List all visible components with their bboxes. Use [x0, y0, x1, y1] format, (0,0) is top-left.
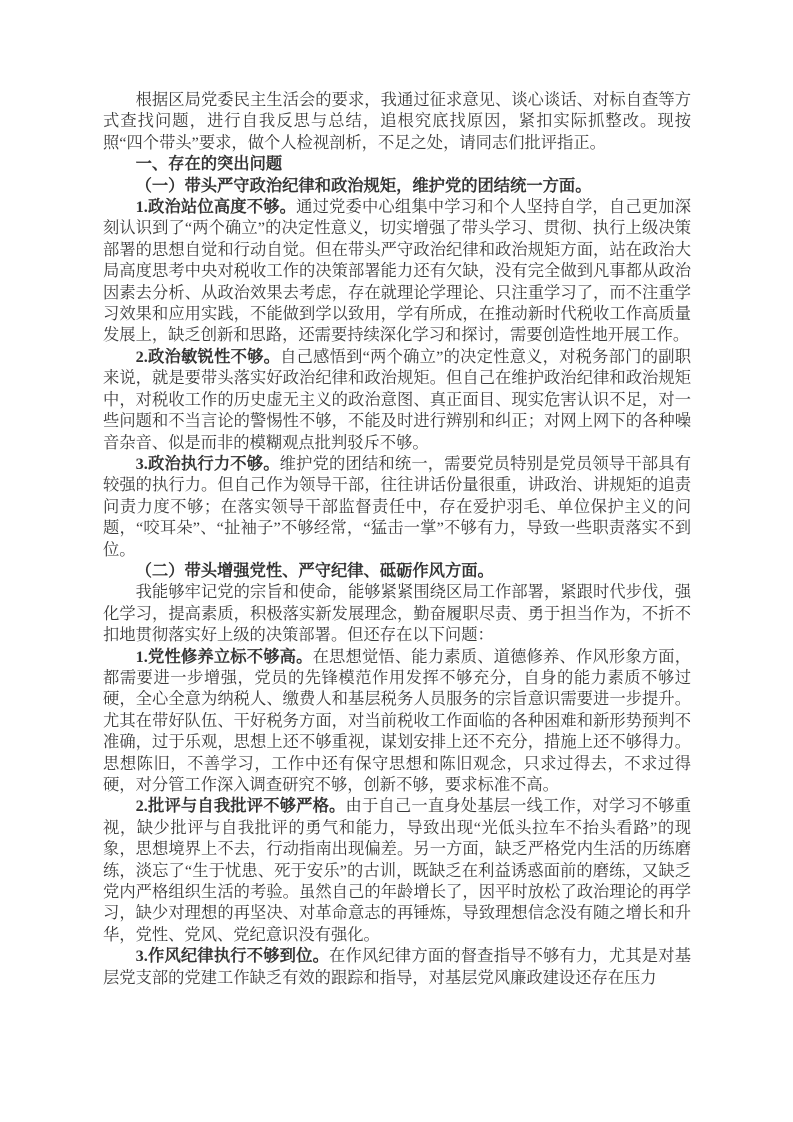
body-paragraph: 1.党性修养立标不够高。在思想觉悟、能力素质、道德修养、作风形象方面，都需要进一…	[103, 646, 691, 796]
body-paragraph: 根据区局党委民主生活会的要求，我通过征求意见、谈心谈话、对标自查等方式查找问题，…	[103, 89, 691, 153]
document-page: 根据区局党委民主生活会的要求，我通过征求意见、谈心谈话、对标自查等方式查找问题，…	[0, 0, 793, 1122]
section-heading: （一）带头严守政治纪律和政治规矩，维护党的团结统一方面。	[103, 175, 691, 196]
document-body: 根据区局党委民主生活会的要求，我通过征求意见、谈心谈话、对标自查等方式查找问题，…	[103, 89, 691, 988]
paragraph-lead-text: 一、存在的突出问题	[136, 154, 283, 173]
body-paragraph: 1.政治站位高度不够。通过党委中心组集中学习和个人坚持自学，自己更加深刻认识到了…	[103, 196, 691, 346]
paragraph-lead-text: 1.党性修养立标不够高。	[136, 647, 313, 666]
paragraph-text: 通过党委中心组集中学习和个人坚持自学，自己更加深刻认识到了“两个确立”的决定性意…	[103, 197, 691, 344]
paragraph-lead-text: 3.作风纪律执行不够到位。	[136, 946, 329, 965]
body-paragraph: 3.作风纪律执行不够到位。在作风纪律方面的督查指导不够有力，尤其是对基层党支部的…	[103, 945, 691, 988]
body-paragraph: 2.政治敏锐性不够。自己感悟到“两个确立”的决定性意义，对税务部门的副职来说，就…	[103, 346, 691, 453]
body-paragraph: 2.批评与自我批评不够严格。由于自己一直身处基层一线工作，对学习不够重视，缺少批…	[103, 795, 691, 945]
paragraph-lead-text: 2.政治敏锐性不够。	[136, 347, 281, 366]
paragraph-text: 在思想觉悟、能力素质、道德修养、作风形象方面，都需要进一步增强，党员的先锋模范作…	[103, 647, 691, 794]
body-paragraph: 3.政治执行力不够。维护党的团结和统一，需要党员特别是党员领导干部具有较强的执行…	[103, 453, 691, 560]
paragraph-lead-text: 3.政治执行力不够。	[136, 454, 280, 473]
body-paragraph: 我能够牢记党的宗旨和使命，能够紧紧围绕区局工作部署，紧跟时代步伐，强化学习，提高…	[103, 581, 691, 645]
paragraph-lead-text: （一）带头严守政治纪律和政治规矩，维护党的团结统一方面。	[136, 176, 592, 195]
paragraph-text: 根据区局党委民主生活会的要求，我通过征求意见、谈心谈话、对标自查等方式查找问题，…	[103, 90, 691, 152]
paragraph-text: 我能够牢记党的宗旨和使命，能够紧紧围绕区局工作部署，紧跟时代步伐，强化学习，提高…	[103, 582, 691, 644]
paragraph-lead-text: 2.批评与自我批评不够严格。	[136, 796, 346, 815]
paragraph-lead-text: 1.政治站位高度不够。	[136, 197, 297, 216]
paragraph-text: 由于自己一直身处基层一线工作，对学习不够重视，缺少批评与自我批评的勇气和能力，导…	[103, 796, 691, 943]
section-heading: 一、存在的突出问题	[103, 153, 691, 174]
paragraph-lead-text: （二）带头增强党性、严守纪律、砥砺作风方面。	[136, 561, 494, 580]
section-heading: （二）带头增强党性、严守纪律、砥砺作风方面。	[103, 560, 691, 581]
